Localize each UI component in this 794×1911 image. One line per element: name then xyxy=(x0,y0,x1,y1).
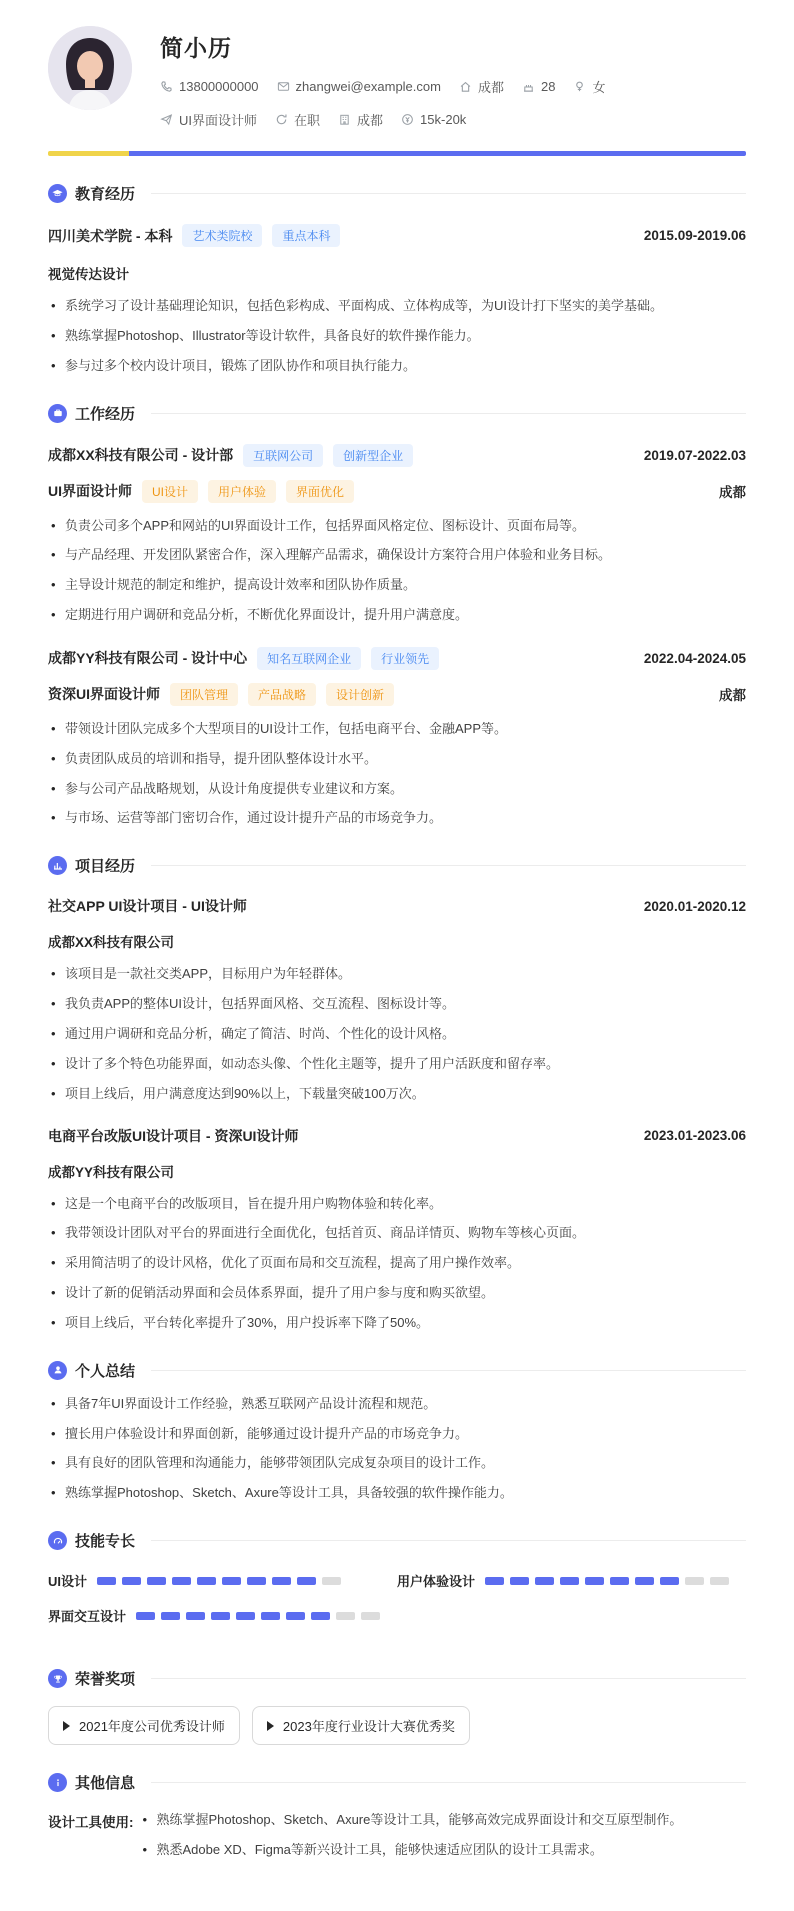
company-tag: 互联网公司 xyxy=(243,444,323,467)
skill-name: 界面交互设计 xyxy=(48,1606,126,1625)
phone-text: 13800000000 xyxy=(179,79,259,94)
job-intent-item: UI界面设计师 xyxy=(160,110,257,129)
section-title: 荣誉奖项 xyxy=(75,1668,135,1689)
section-education: 教育经历 四川美术学院 - 本科 艺术类院校 重点本科 2015.09-2019… xyxy=(48,183,746,376)
project-title-row: 电商平台改版UI设计项目 - 资深UI设计师 2023.01-2023.06 xyxy=(48,1126,746,1146)
skill-item: 用户体验设计 xyxy=(397,1571,746,1590)
skill-segment xyxy=(510,1577,529,1585)
work-date: 2019.07-2022.03 xyxy=(644,448,746,463)
skill-segment xyxy=(136,1612,155,1620)
skill-segment xyxy=(286,1612,305,1620)
skill-segment xyxy=(336,1612,355,1620)
phone-item: 13800000000 xyxy=(160,79,259,94)
honor-badge[interactable]: 2021年度公司优秀设计师 xyxy=(48,1706,240,1745)
bullet-item: 带领设计团队完成多个大型项目的UI设计工作，包括电商平台、金融APP等。 xyxy=(48,720,746,739)
skill-segment xyxy=(247,1577,266,1585)
gauge-icon xyxy=(48,1531,67,1550)
position-row: 资深UI界面设计师 团队管理 产品战略 设计创新 成都 xyxy=(48,683,746,706)
play-icon xyxy=(267,1721,274,1731)
skill-segment xyxy=(710,1577,729,1585)
bullet-item: 熟练掌握Photoshop、Sketch、Axure等设计工具，具备较强的软件操… xyxy=(48,1484,746,1503)
bullet-item: 项目上线后，用户满意度达到90%以上，下载量突破100万次。 xyxy=(48,1085,746,1104)
bullet-item: 设计了新的促销活动界面和会员体系界面，提升了用户参与度和购买欲望。 xyxy=(48,1284,746,1303)
skill-name: UI设计 xyxy=(48,1571,87,1590)
section-skills: 技能专长 UI设计 用户体验设计 界面交互设计 xyxy=(48,1530,746,1641)
avatar xyxy=(48,26,132,110)
skill-bar xyxy=(97,1577,341,1585)
skill-segment xyxy=(660,1577,679,1585)
email-text: zhangwei@example.com xyxy=(296,79,441,94)
bullet-item: 负责公司多个APP和网站的UI界面设计工作，包括界面风格定位、图标设计、页面布局… xyxy=(48,517,746,536)
position-tag: UI设计 xyxy=(142,480,198,503)
section-other: 其他信息 设计工具使用: 熟练掌握Photoshop、Sketch、Axure等… xyxy=(48,1772,746,1871)
other-bullets: 熟练掌握Photoshop、Sketch、Axure等设计工具，能够高效完成界面… xyxy=(140,1811,747,1871)
section-divider xyxy=(151,1782,746,1783)
person-icon xyxy=(48,1361,67,1380)
project-bullets: 该项目是一款社交类APP，目标用户为年轻群体。 我负责APP的整体UI设计，包括… xyxy=(48,965,746,1103)
section-title: 其他信息 xyxy=(75,1772,135,1793)
company-name: 成都YY科技有限公司 - 设计中心 xyxy=(48,648,247,668)
other-label: 设计工具使用: xyxy=(48,1811,134,1871)
company-name: 成都XX科技有限公司 - 设计部 xyxy=(48,445,233,465)
honors-header: 荣誉奖项 xyxy=(48,1668,746,1689)
company-tag: 创新型企业 xyxy=(333,444,413,467)
age-icon xyxy=(522,80,535,93)
section-honors: 荣誉奖项 2021年度公司优秀设计师 2023年度行业设计大赛优秀奖 xyxy=(48,1668,746,1745)
summary-header: 个人总结 xyxy=(48,1360,746,1381)
bullet-item: 这是一个电商平台的改版项目，旨在提升用户购物体验和转化率。 xyxy=(48,1195,746,1214)
school-tag: 重点本科 xyxy=(272,224,340,247)
avatar-photo xyxy=(48,26,132,110)
skill-name: 用户体验设计 xyxy=(397,1571,475,1590)
skill-segment xyxy=(610,1577,629,1585)
bullet-item: 负责团队成员的培训和指导，提升团队整体设计水平。 xyxy=(48,750,746,769)
skill-segment xyxy=(197,1577,216,1585)
position-tag: 产品战略 xyxy=(248,683,316,706)
work-bullets: 带领设计团队完成多个大型项目的UI设计工作，包括电商平台、金融APP等。 负责团… xyxy=(48,720,746,828)
skill-segment xyxy=(186,1612,205,1620)
bullet-item: 该项目是一款社交类APP，目标用户为年轻群体。 xyxy=(48,965,746,984)
bullet-item: 定期进行用户调研和竞品分析，不断优化界面设计，提升用户满意度。 xyxy=(48,606,746,625)
skill-segment xyxy=(635,1577,654,1585)
bullet-item: 通过用户调研和竞品分析，确定了简洁、时尚、个性化的设计风格。 xyxy=(48,1025,746,1044)
building-icon xyxy=(338,113,351,126)
bullet-item: 主导设计规范的制定和维护，提高设计效率和团队协作质量。 xyxy=(48,576,746,595)
bullet-item: 我负责APP的整体UI设计，包括界面风格、交互流程、图标设计等。 xyxy=(48,995,746,1014)
accent-bar-blue xyxy=(129,151,746,156)
accent-bar xyxy=(48,151,746,156)
project-name: 电商平台改版UI设计项目 - 资深UI设计师 xyxy=(48,1126,298,1146)
work-city-text: 成都 xyxy=(357,110,383,129)
project-name: 社交APP UI设计项目 - UI设计师 xyxy=(48,896,247,916)
project-title-row: 社交APP UI设计项目 - UI设计师 2020.01-2020.12 xyxy=(48,896,746,916)
position-name: 资深UI界面设计师 xyxy=(48,684,160,704)
gender-icon xyxy=(573,80,586,93)
projects-header: 项目经历 xyxy=(48,855,746,876)
honors-list: 2021年度公司优秀设计师 2023年度行业设计大赛优秀奖 xyxy=(48,1706,746,1745)
job-status-text: 在职 xyxy=(294,110,320,129)
salary-text: 15k-20k xyxy=(420,112,466,127)
play-icon xyxy=(63,1721,70,1731)
project-company: 成都YY科技有限公司 xyxy=(48,1161,746,1181)
school-name: 四川美术学院 - 本科 xyxy=(48,226,172,246)
status-icon xyxy=(275,113,288,126)
position-tag: 设计创新 xyxy=(326,683,394,706)
project-entry: 社交APP UI设计项目 - UI设计师 2020.01-2020.12 成都X… xyxy=(48,896,746,1103)
accent-bar-yellow xyxy=(48,151,129,156)
skill-item: 界面交互设计 xyxy=(48,1606,397,1625)
age-text: 28 xyxy=(541,79,555,94)
position-name: UI界面设计师 xyxy=(48,481,132,501)
skill-bar xyxy=(485,1577,729,1585)
project-date: 2020.01-2020.12 xyxy=(644,899,746,914)
contact-row-2: UI界面设计师 在职 成都 15k-20k xyxy=(160,110,605,129)
briefcase-icon xyxy=(48,404,67,423)
skills-list: UI设计 用户体验设计 界面交互设计 xyxy=(48,1571,746,1641)
bullet-item: 熟练掌握Photoshop、Illustrator等设计软件，具备良好的软件操作… xyxy=(48,327,746,346)
skill-segment xyxy=(685,1577,704,1585)
contact-row-1: 13800000000 zhangwei@example.com 成都 28 女 xyxy=(160,77,605,96)
skills-header: 技能专长 xyxy=(48,1530,746,1551)
section-divider xyxy=(151,865,746,866)
bullet-item: 参与公司产品战略规划，从设计角度提供专业建议和方案。 xyxy=(48,780,746,799)
header-info: 简小历 13800000000 zhangwei@example.com 成都 … xyxy=(160,26,605,129)
section-title: 教育经历 xyxy=(75,183,135,204)
work-city-item: 成都 xyxy=(338,110,383,129)
job-intent-text: UI界面设计师 xyxy=(179,110,257,129)
bullet-item: 与市场、运营等部门密切合作，通过设计提升产品的市场竞争力。 xyxy=(48,809,746,828)
info-icon xyxy=(48,1773,67,1792)
trophy-icon xyxy=(48,1669,67,1688)
work-location: 成都 xyxy=(719,481,746,501)
home-icon xyxy=(459,80,472,93)
mail-icon xyxy=(277,80,290,93)
project-date: 2023.01-2023.06 xyxy=(644,1128,746,1143)
skill-segment xyxy=(485,1577,504,1585)
position-row: UI界面设计师 UI设计 用户体验 界面优化 成都 xyxy=(48,480,746,503)
work-entry: 成都YY科技有限公司 - 设计中心 知名互联网企业 行业领先 2022.04-2… xyxy=(48,647,746,828)
skill-segment xyxy=(560,1577,579,1585)
section-title: 项目经历 xyxy=(75,855,135,876)
other-info: 设计工具使用: 熟练掌握Photoshop、Sketch、Axure等设计工具，… xyxy=(48,1811,746,1871)
job-status-item: 在职 xyxy=(275,110,320,129)
email-item: zhangwei@example.com xyxy=(277,79,441,94)
skill-segment xyxy=(261,1612,280,1620)
work-date: 2022.04-2024.05 xyxy=(644,651,746,666)
section-work: 工作经历 成都XX科技有限公司 - 设计部 互联网公司 创新型企业 2019.0… xyxy=(48,403,746,829)
section-summary: 个人总结 具备7年UI界面设计工作经验，熟悉互联网产品设计流程和规范。 擅长用户… xyxy=(48,1360,746,1503)
graduation-cap-icon xyxy=(48,184,67,203)
skill-segment xyxy=(222,1577,241,1585)
gender-item: 女 xyxy=(573,77,605,96)
candidate-name: 简小历 xyxy=(160,30,605,63)
skill-segment xyxy=(322,1577,341,1585)
work-location: 成都 xyxy=(719,684,746,704)
city-item: 成都 xyxy=(459,77,504,96)
skill-segment xyxy=(97,1577,116,1585)
work-entry: 成都XX科技有限公司 - 设计部 互联网公司 创新型企业 2019.07-202… xyxy=(48,444,746,625)
bullet-item: 擅长用户体验设计和界面创新，能够通过设计提升产品的市场竞争力。 xyxy=(48,1425,746,1444)
bullet-item: 设计了多个特色功能界面，如动态头像、个性化主题等，提升了用户活跃度和留存率。 xyxy=(48,1055,746,1074)
section-divider xyxy=(151,1370,746,1371)
project-bullets: 这是一个电商平台的改版项目，旨在提升用户购物体验和转化率。 我带领设计团队对平台… xyxy=(48,1195,746,1333)
section-divider xyxy=(151,1540,746,1541)
company-tag: 行业领先 xyxy=(371,647,439,670)
bullet-item: 我带领设计团队对平台的界面进行全面优化，包括首页、商品详情页、购物车等核心页面。 xyxy=(48,1224,746,1243)
skill-segment xyxy=(272,1577,291,1585)
age-item: 28 xyxy=(522,79,555,94)
honor-text: 2023年度行业设计大赛优秀奖 xyxy=(283,1716,455,1735)
company-row: 成都XX科技有限公司 - 设计部 互联网公司 创新型企业 2019.07-202… xyxy=(48,444,746,467)
salary-item: 15k-20k xyxy=(401,112,466,127)
section-divider xyxy=(151,413,746,414)
bullet-item: 具有良好的团队管理和沟通能力，能够带领团队完成复杂项目的设计工作。 xyxy=(48,1454,746,1473)
city-text: 成都 xyxy=(478,77,504,96)
bullet-item: 熟悉Adobe XD、Figma等新兴设计工具，能够快速适应团队的设计工具需求。 xyxy=(140,1841,747,1860)
section-title: 个人总结 xyxy=(75,1360,135,1381)
work-bullets: 负责公司多个APP和网站的UI界面设计工作，包括界面风格定位、图标设计、页面布局… xyxy=(48,517,746,625)
skill-segment xyxy=(585,1577,604,1585)
other-header: 其他信息 xyxy=(48,1772,746,1793)
skill-segment xyxy=(361,1612,380,1620)
skill-segment xyxy=(211,1612,230,1620)
project-entry: 电商平台改版UI设计项目 - 资深UI设计师 2023.01-2023.06 成… xyxy=(48,1126,746,1333)
bullet-item: 采用简洁明了的设计风格，优化了页面布局和交互流程，提高了用户操作效率。 xyxy=(48,1254,746,1273)
education-header: 教育经历 xyxy=(48,183,746,204)
honor-badge[interactable]: 2023年度行业设计大赛优秀奖 xyxy=(252,1706,470,1745)
skill-segment xyxy=(147,1577,166,1585)
school-tag: 艺术类院校 xyxy=(182,224,262,247)
summary-bullets: 具备7年UI界面设计工作经验，熟悉互联网产品设计流程和规范。 擅长用户体验设计和… xyxy=(48,1395,746,1503)
skill-segment xyxy=(311,1612,330,1620)
skill-segment xyxy=(122,1577,141,1585)
section-divider xyxy=(151,1678,746,1679)
resume-page: 简小历 13800000000 zhangwei@example.com 成都 … xyxy=(0,0,794,1911)
section-title: 技能专长 xyxy=(75,1530,135,1551)
position-tag: 用户体验 xyxy=(208,480,276,503)
resume-header: 简小历 13800000000 zhangwei@example.com 成都 … xyxy=(48,26,746,129)
skill-segment xyxy=(172,1577,191,1585)
skill-segment xyxy=(535,1577,554,1585)
bullet-item: 具备7年UI界面设计工作经验，熟悉互联网产品设计流程和规范。 xyxy=(48,1395,746,1414)
section-title: 工作经历 xyxy=(75,403,135,424)
section-projects: 项目经历 社交APP UI设计项目 - UI设计师 2020.01-2020.1… xyxy=(48,855,746,1332)
honor-text: 2021年度公司优秀设计师 xyxy=(79,1716,225,1735)
salary-icon xyxy=(401,113,414,126)
phone-icon xyxy=(160,80,173,93)
project-company: 成都XX科技有限公司 xyxy=(48,931,746,951)
work-header: 工作经历 xyxy=(48,403,746,424)
skill-item: UI设计 xyxy=(48,1571,397,1590)
skill-segment xyxy=(236,1612,255,1620)
education-entry: 四川美术学院 - 本科 艺术类院校 重点本科 2015.09-2019.06 xyxy=(48,224,746,247)
bar-chart-icon xyxy=(48,856,67,875)
education-bullets: 系统学习了设计基础理论知识，包括色彩构成、平面构成、立体构成等，为UI设计打下坚… xyxy=(48,297,746,376)
company-tag: 知名互联网企业 xyxy=(257,647,361,670)
bullet-item: 与产品经理、开发团队紧密合作，深入理解产品需求，确保设计方案符合用户体验和业务目… xyxy=(48,546,746,565)
skill-segment xyxy=(297,1577,316,1585)
bullet-item: 系统学习了设计基础理论知识，包括色彩构成、平面构成、立体构成等，为UI设计打下坚… xyxy=(48,297,746,316)
bullet-item: 项目上线后，平台转化率提升了30%，用户投诉率下降了50%。 xyxy=(48,1314,746,1333)
bullet-item: 熟练掌握Photoshop、Sketch、Axure等设计工具，能够高效完成界面… xyxy=(140,1811,747,1830)
skill-bar xyxy=(136,1612,380,1620)
skill-segment xyxy=(161,1612,180,1620)
education-date: 2015.09-2019.06 xyxy=(644,228,746,243)
gender-text: 女 xyxy=(592,77,605,96)
send-icon xyxy=(160,113,173,126)
section-divider xyxy=(151,193,746,194)
position-tag: 界面优化 xyxy=(286,480,354,503)
position-tag: 团队管理 xyxy=(170,683,238,706)
major-name: 视觉传达设计 xyxy=(48,263,746,283)
company-row: 成都YY科技有限公司 - 设计中心 知名互联网企业 行业领先 2022.04-2… xyxy=(48,647,746,670)
bullet-item: 参与过多个校内设计项目，锻炼了团队协作和项目执行能力。 xyxy=(48,357,746,376)
